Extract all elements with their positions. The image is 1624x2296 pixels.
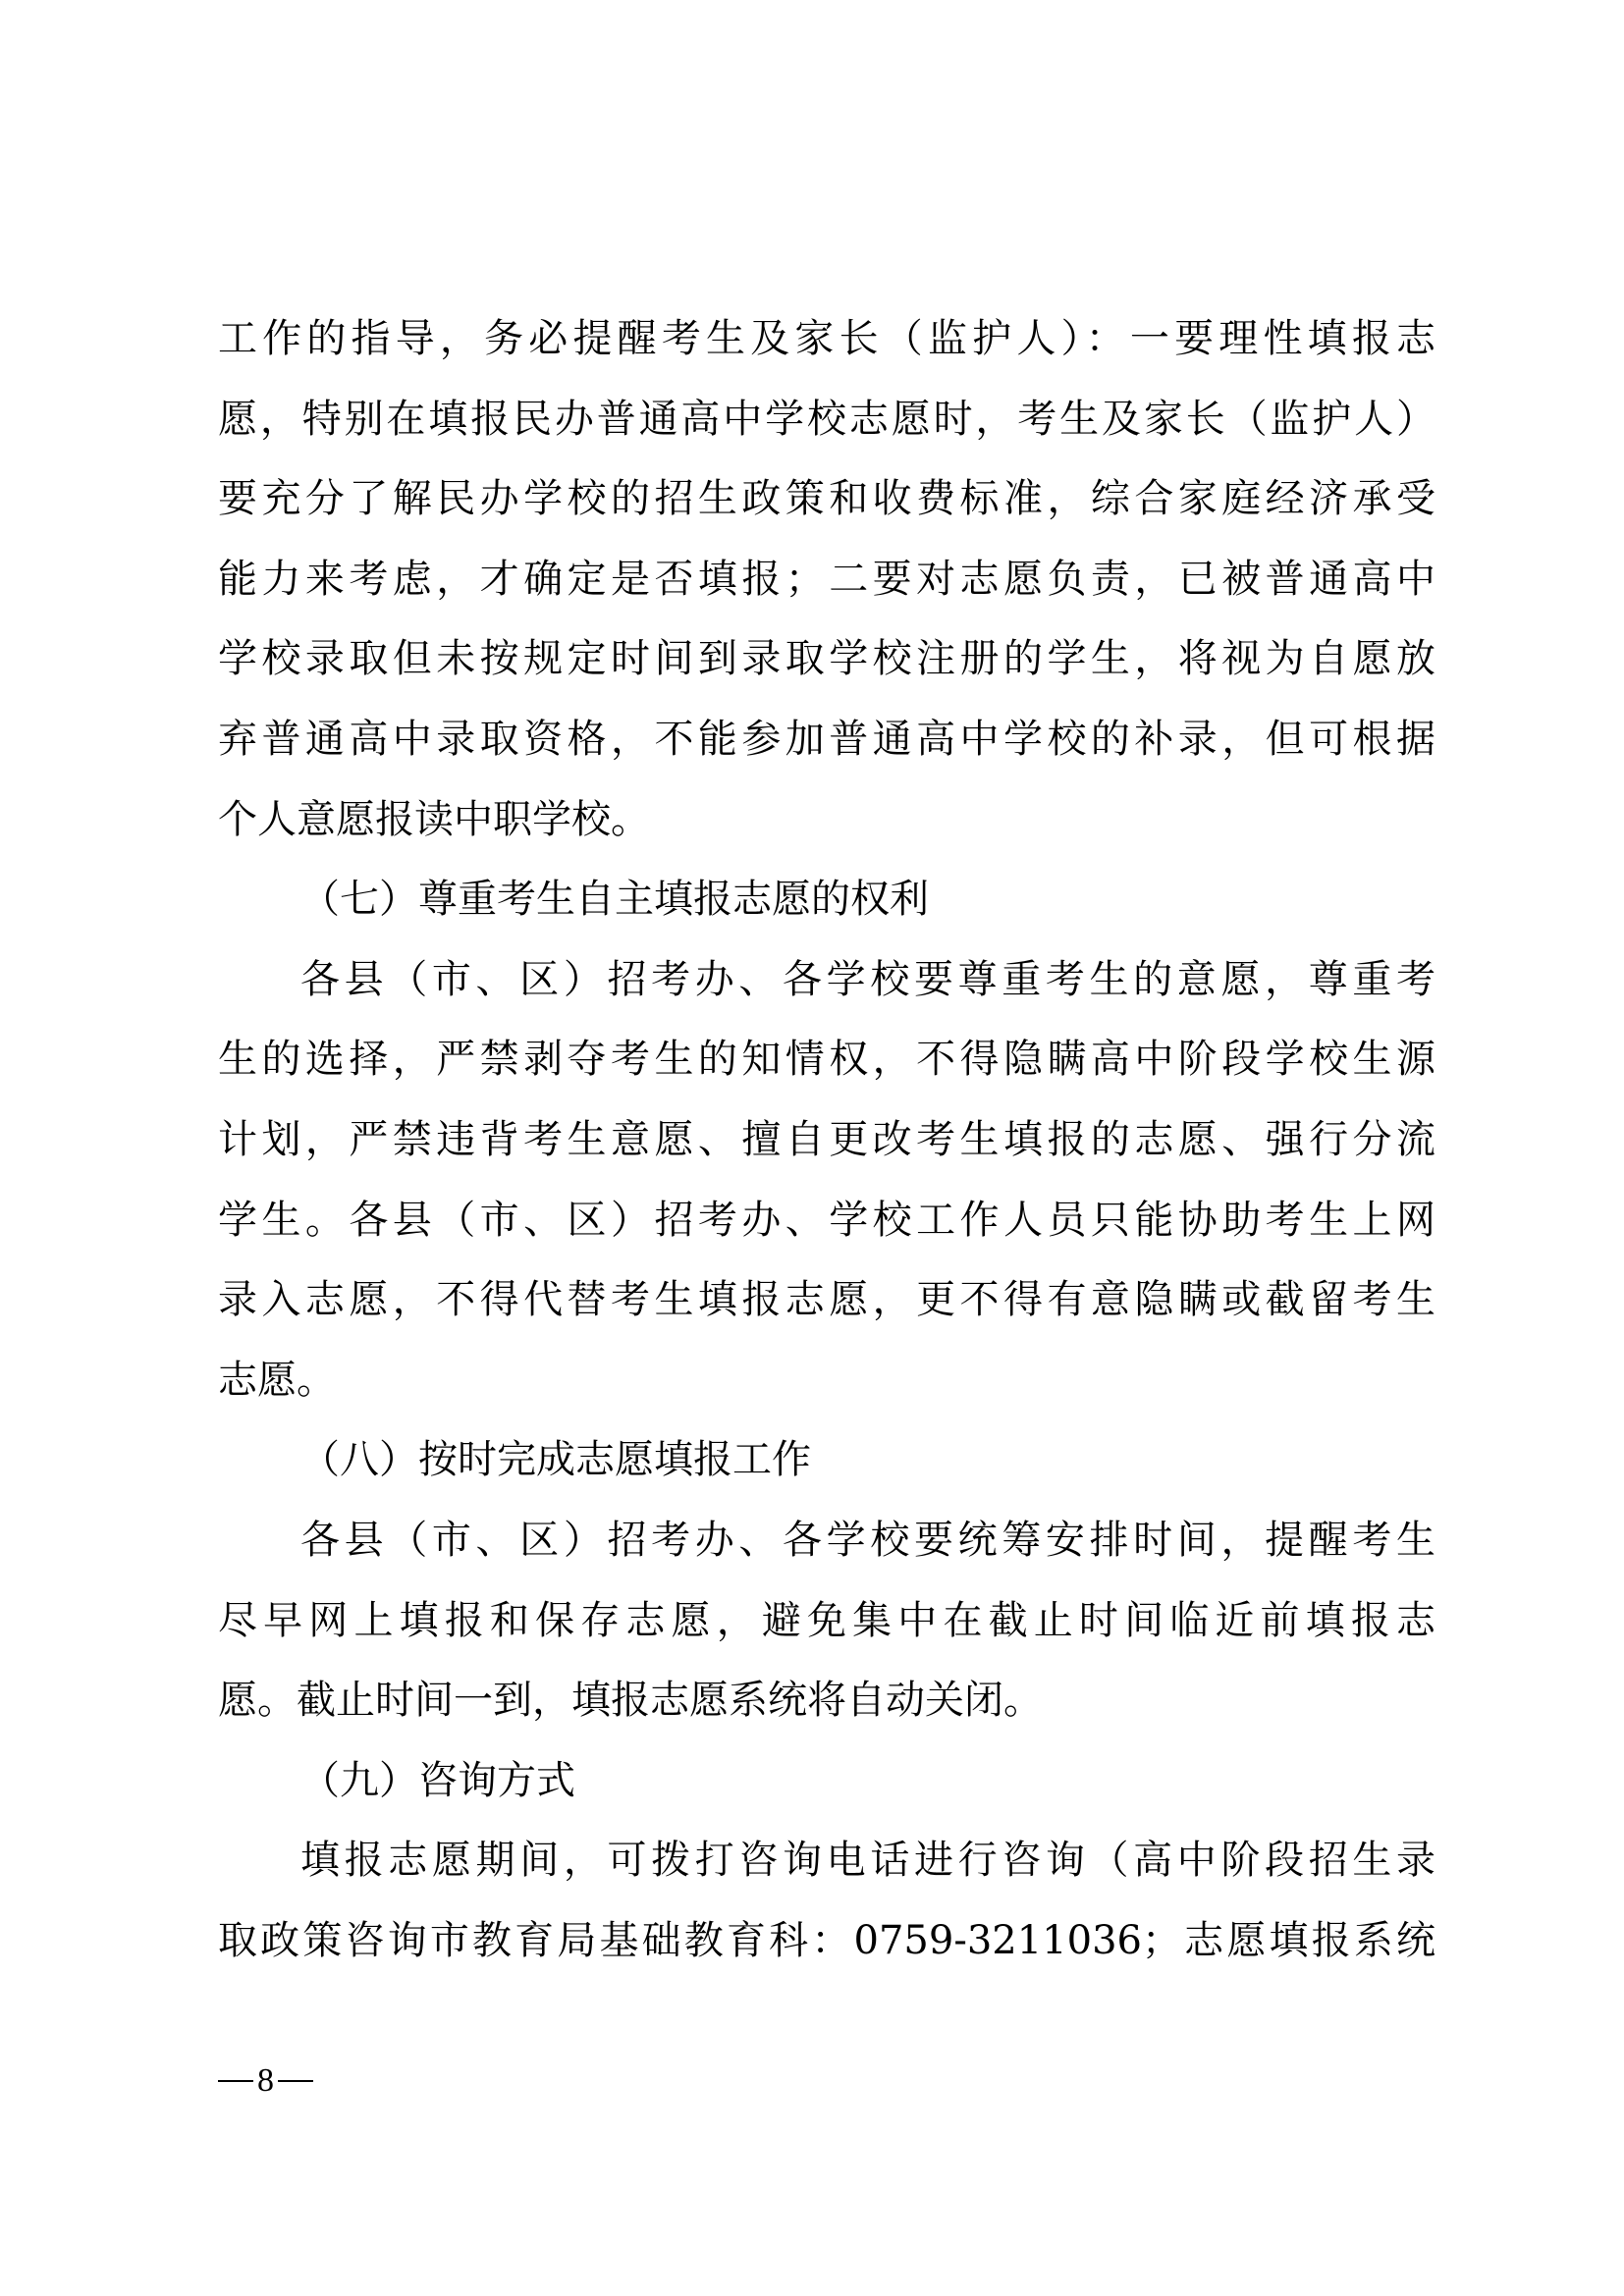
paragraph-line: 愿。截止时间一到，填报志愿系统将自动关闭。 (218, 1661, 1435, 1741)
paragraph-line: 取政策咨询市教育局基础教育科：0759-3211036；志愿填报系统 (218, 1901, 1435, 1982)
section-heading-9: （九）咨询方式 (218, 1741, 1435, 1822)
section-heading-8: （八）按时完成志愿填报工作 (218, 1420, 1435, 1501)
paragraph-line: 计划，严禁违背考生意愿、擅自更改考生填报的志愿、强行分流 (218, 1100, 1435, 1181)
page-footer: 8 (218, 2056, 313, 2106)
document-body: 工作的指导，务必提醒考生及家长（监护人）：一要理性填报志 愿，特别在填报民办普通… (218, 299, 1435, 1981)
paragraph-line: 工作的指导，务必提醒考生及家长（监护人）：一要理性填报志 (218, 299, 1435, 380)
dash-right (278, 2080, 313, 2082)
paragraph-line: 填报志愿期间，可拨打咨询电话进行咨询（高中阶段招生录 (218, 1821, 1435, 1901)
section-heading-7: （七）尊重考生自主填报志愿的权利 (218, 860, 1435, 940)
paragraph-line: 学校录取但未按规定时间到录取学校注册的学生，将视为自愿放 (218, 619, 1435, 700)
paragraph-line: 能力来考虑，才确定是否填报；二要对志愿负责，已被普通高中 (218, 540, 1435, 620)
paragraph-line: 各县（市、区）招考办、各学校要尊重考生的意愿，尊重考 (218, 940, 1435, 1021)
page-number: 8 (253, 2062, 278, 2100)
paragraph-line: 志愿。 (218, 1341, 1435, 1421)
document-page: 工作的指导，务必提醒考生及家长（监护人）：一要理性填报志 愿，特别在填报民办普通… (0, 0, 1624, 2296)
paragraph-line: 个人意愿报读中职学校。 (218, 780, 1435, 861)
paragraph-line: 学生。各县（市、区）招考办、学校工作人员只能协助考生上网 (218, 1181, 1435, 1261)
paragraph-line: 生的选择，严禁剥夺考生的知情权，不得隐瞒高中阶段学校生源 (218, 1020, 1435, 1100)
paragraph-line: 要充分了解民办学校的招生政策和收费标准，综合家庭经济承受 (218, 459, 1435, 540)
paragraph-line: 弃普通高中录取资格，不能参加普通高中学校的补录，但可根据 (218, 700, 1435, 780)
paragraph-line: 录入志愿，不得代替考生填报志愿，更不得有意隐瞒或截留考生 (218, 1260, 1435, 1341)
paragraph-line: 愿，特别在填报民办普通高中学校志愿时，考生及家长（监护人） (218, 380, 1435, 460)
paragraph-line: 尽早网上填报和保存志愿，避免集中在截止时间临近前填报志 (218, 1581, 1435, 1662)
paragraph-line: 各县（市、区）招考办、各学校要统筹安排时间，提醒考生 (218, 1501, 1435, 1581)
dash-left (218, 2080, 253, 2082)
